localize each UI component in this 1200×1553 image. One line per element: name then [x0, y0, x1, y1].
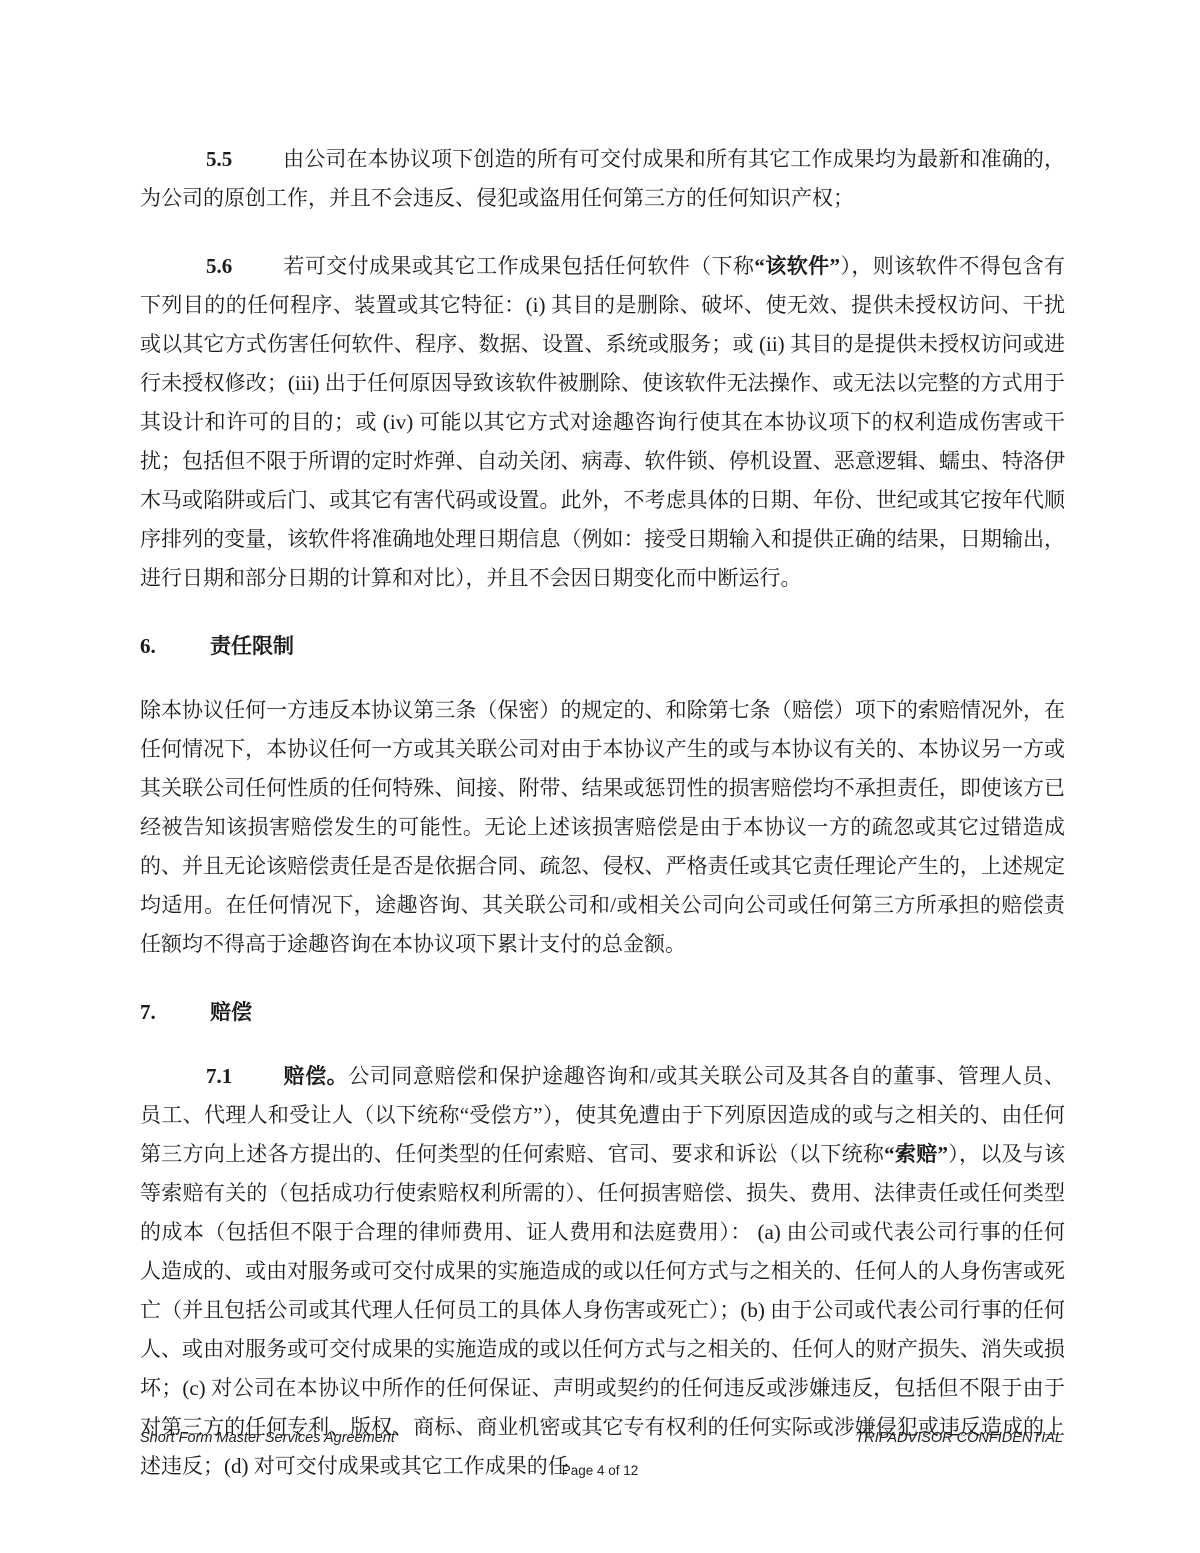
clause-5-6-text-post: ），则该软件不得包含有下列目的的任何程序、装置或其它特征：(i) 其目的是删除、… [140, 254, 1065, 590]
section-7-heading: 7.赔偿 [140, 993, 1065, 1032]
page-number: Page 4 of 12 [0, 1463, 1200, 1478]
clause-5-5-number: 5.5 [206, 140, 283, 179]
document-page: 5.5由公司在本协议项下创造的所有可交付成果和所有其它工作成果均为最新和准确的，… [0, 0, 1200, 1553]
clause-7-1: 7.1赔偿。公司同意赔偿和保护途趣咨询和/或其关联公司及其各自的董事、管理人员、… [140, 1057, 1065, 1486]
clause-5-6: 5.6若可交付成果或其它工作成果包括任何软件（下称“该软件”），则该软件不得包含… [140, 247, 1065, 598]
defined-term-claim: “索赔” [884, 1142, 948, 1166]
clause-7-1-text-b: ），以及与该等索赔有关的（包括成功行使索赔权利所需的）、任何损害赔偿、损失、费用… [140, 1142, 1065, 1478]
section-6-body-text: 除本协议任何一方违反本协议第三条（保密）的规定的、和除第七条（赔偿）项下的索赔情… [140, 698, 1065, 956]
defined-term-software: “该软件” [754, 254, 840, 278]
section-6-title: 责任限制 [210, 634, 294, 658]
clause-7-1-lead: 赔偿。 [283, 1064, 348, 1088]
footer-confidential-label: TRIPADVISOR CONFIDENTIAL [855, 1430, 1063, 1446]
section-7-title: 赔偿 [210, 1000, 252, 1024]
section-6-body: 除本协议任何一方违反本协议第三条（保密）的规定的、和除第七条（赔偿）项下的索赔情… [140, 691, 1065, 964]
clause-5-6-number: 5.6 [206, 247, 283, 286]
clause-7-1-number: 7.1 [206, 1057, 283, 1096]
document-content: 5.5由公司在本协议项下创造的所有可交付成果和所有其它工作成果均为最新和准确的，… [140, 140, 1065, 1515]
section-6-number: 6. [140, 627, 210, 666]
section-7-number: 7. [140, 993, 210, 1032]
clause-5-5: 5.5由公司在本协议项下创造的所有可交付成果和所有其它工作成果均为最新和准确的，… [140, 140, 1065, 218]
footer-document-title: Short Form Master Services Agreement [140, 1430, 395, 1446]
section-6-heading: 6.责任限制 [140, 627, 1065, 666]
clause-5-6-text-pre: 若可交付成果或其它工作成果包括任何软件（下称 [283, 254, 754, 278]
page-footer: Short Form Master Services Agreement TRI… [140, 1430, 1063, 1446]
